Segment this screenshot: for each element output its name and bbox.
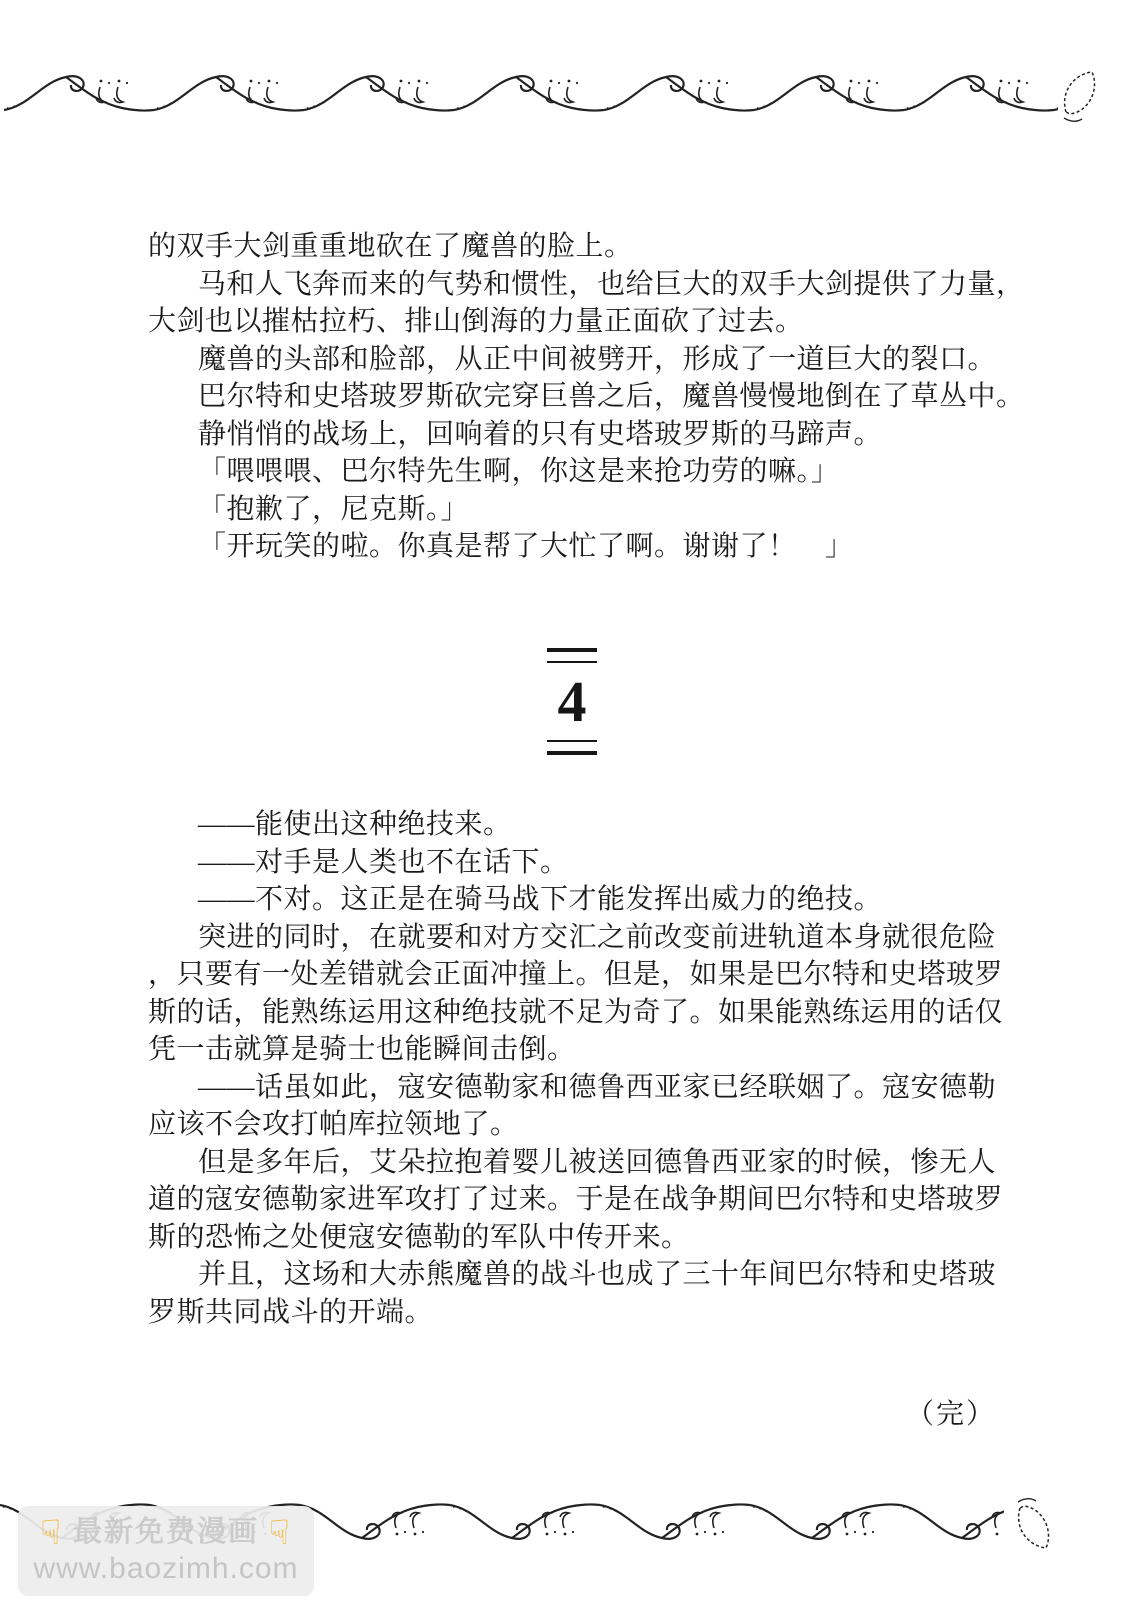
text-line: 斯的恐怖之处便寇安德勒的军队中传开来。 [148,1219,1000,1257]
site-watermark: ☟ 最新免费漫画 ☟ www.baozimh.com [18,1506,314,1596]
border-leaf-endcap-top [1058,66,1106,124]
text-line: ——话虽如此，寇安德勒家和德鲁西亚家已经联姻了。寇安德勒 [148,1069,1000,1107]
section-break: 4 [0,648,1144,755]
section-number: 4 [558,673,587,731]
text-line: 静悄悄的战场上，回响着的只有史塔玻罗斯的马蹄声。 [148,416,1000,454]
text-line: 「喂喂喂、巴尔特先生啊，你这是来抢功劳的嘛。」 [148,453,1000,491]
text-line: 凭一击就算是骑士也能瞬间击倒。 [148,1031,1000,1069]
text-line: ——能使出这种绝技来。 [148,806,1000,844]
text-line: 魔兽的头部和脸部，从正中间被劈开，形成了一道巨大的裂口。 [148,341,1000,379]
text-line: 大剑也以摧枯拉朽、排山倒海的力量正面砍了过去。 [148,303,1000,341]
text-line: 巴尔特和史塔玻罗斯砍完穿巨兽之后，魔兽慢慢地倒在了草丛中。 [148,378,1000,416]
text-line: 「开玩笑的啦。你真是帮了大忙了啊。谢谢了！ 」 [148,528,1000,566]
text-block-1: 的双手大剑重重地砍在了魔兽的脸上。马和人飞奔而来的气势和惯性，也给巨大的双手大剑… [148,228,1000,566]
text-line: 突进的同时，在就要和对方交汇之前改变前进轨道本身就很危险 [148,919,1000,957]
text-line: ——不对。这正是在骑马战下才能发挥出威力的绝技。 [148,881,1000,919]
text-line: 罗斯共同战斗的开端。 [148,1294,1000,1332]
text-line: 道的寇安德勒家进军攻打了过来。于是在战争期间巴尔特和史塔玻罗 [148,1181,1000,1219]
text-line: 的双手大剑重重地砍在了魔兽的脸上。 [148,228,1000,266]
novel-page: 的双手大剑重重地砍在了魔兽的脸上。马和人飞奔而来的气势和惯性，也给巨大的双手大剑… [0,0,1144,1617]
text-line: 但是多年后，艾朵拉抱着婴儿被送回德鲁西亚家的时候，惨无人 [148,1144,1000,1182]
text-line: ——对手是人类也不在话下。 [148,844,1000,882]
watermark-title: 最新免费漫画 [73,1517,259,1549]
watermark-title-row: ☟ 最新免费漫画 ☟ [40,1516,291,1550]
text-block-2: ——能使出这种绝技来。——对手是人类也不在话下。——不对。这正是在骑马战下才能发… [148,806,1000,1331]
pointing-down-icon: ☟ [40,1516,63,1550]
text-line: 斯的话，能熟练运用这种绝技就不足为奇了。如果能熟练运用的话仅 [148,994,1000,1032]
border-leaf-endcap-bottom [1012,1496,1060,1554]
section-rule-top [547,648,597,663]
watermark-url: www.baozimh.com [33,1552,298,1587]
text-line: 并且，这场和大赤熊魔兽的战斗也成了三十年间巴尔特和史塔玻 [148,1256,1000,1294]
ending-mark: （完） [148,1392,996,1432]
pointing-down-icon: ☟ [269,1516,292,1550]
text-line: ，只要有一处差错就会正面冲撞上。但是，如果是巴尔特和史塔玻罗 [148,956,1000,994]
section-rule-bottom [547,740,597,755]
text-line: 马和人飞奔而来的气势和惯性，也给巨大的双手大剑提供了力量， [148,266,1000,304]
text-line: 「抱歉了，尼克斯。」 [148,491,1000,529]
ornamental-wave-border-top [4,70,1058,122]
text-line: 应该不会攻打帕库拉领地了。 [148,1106,1000,1144]
